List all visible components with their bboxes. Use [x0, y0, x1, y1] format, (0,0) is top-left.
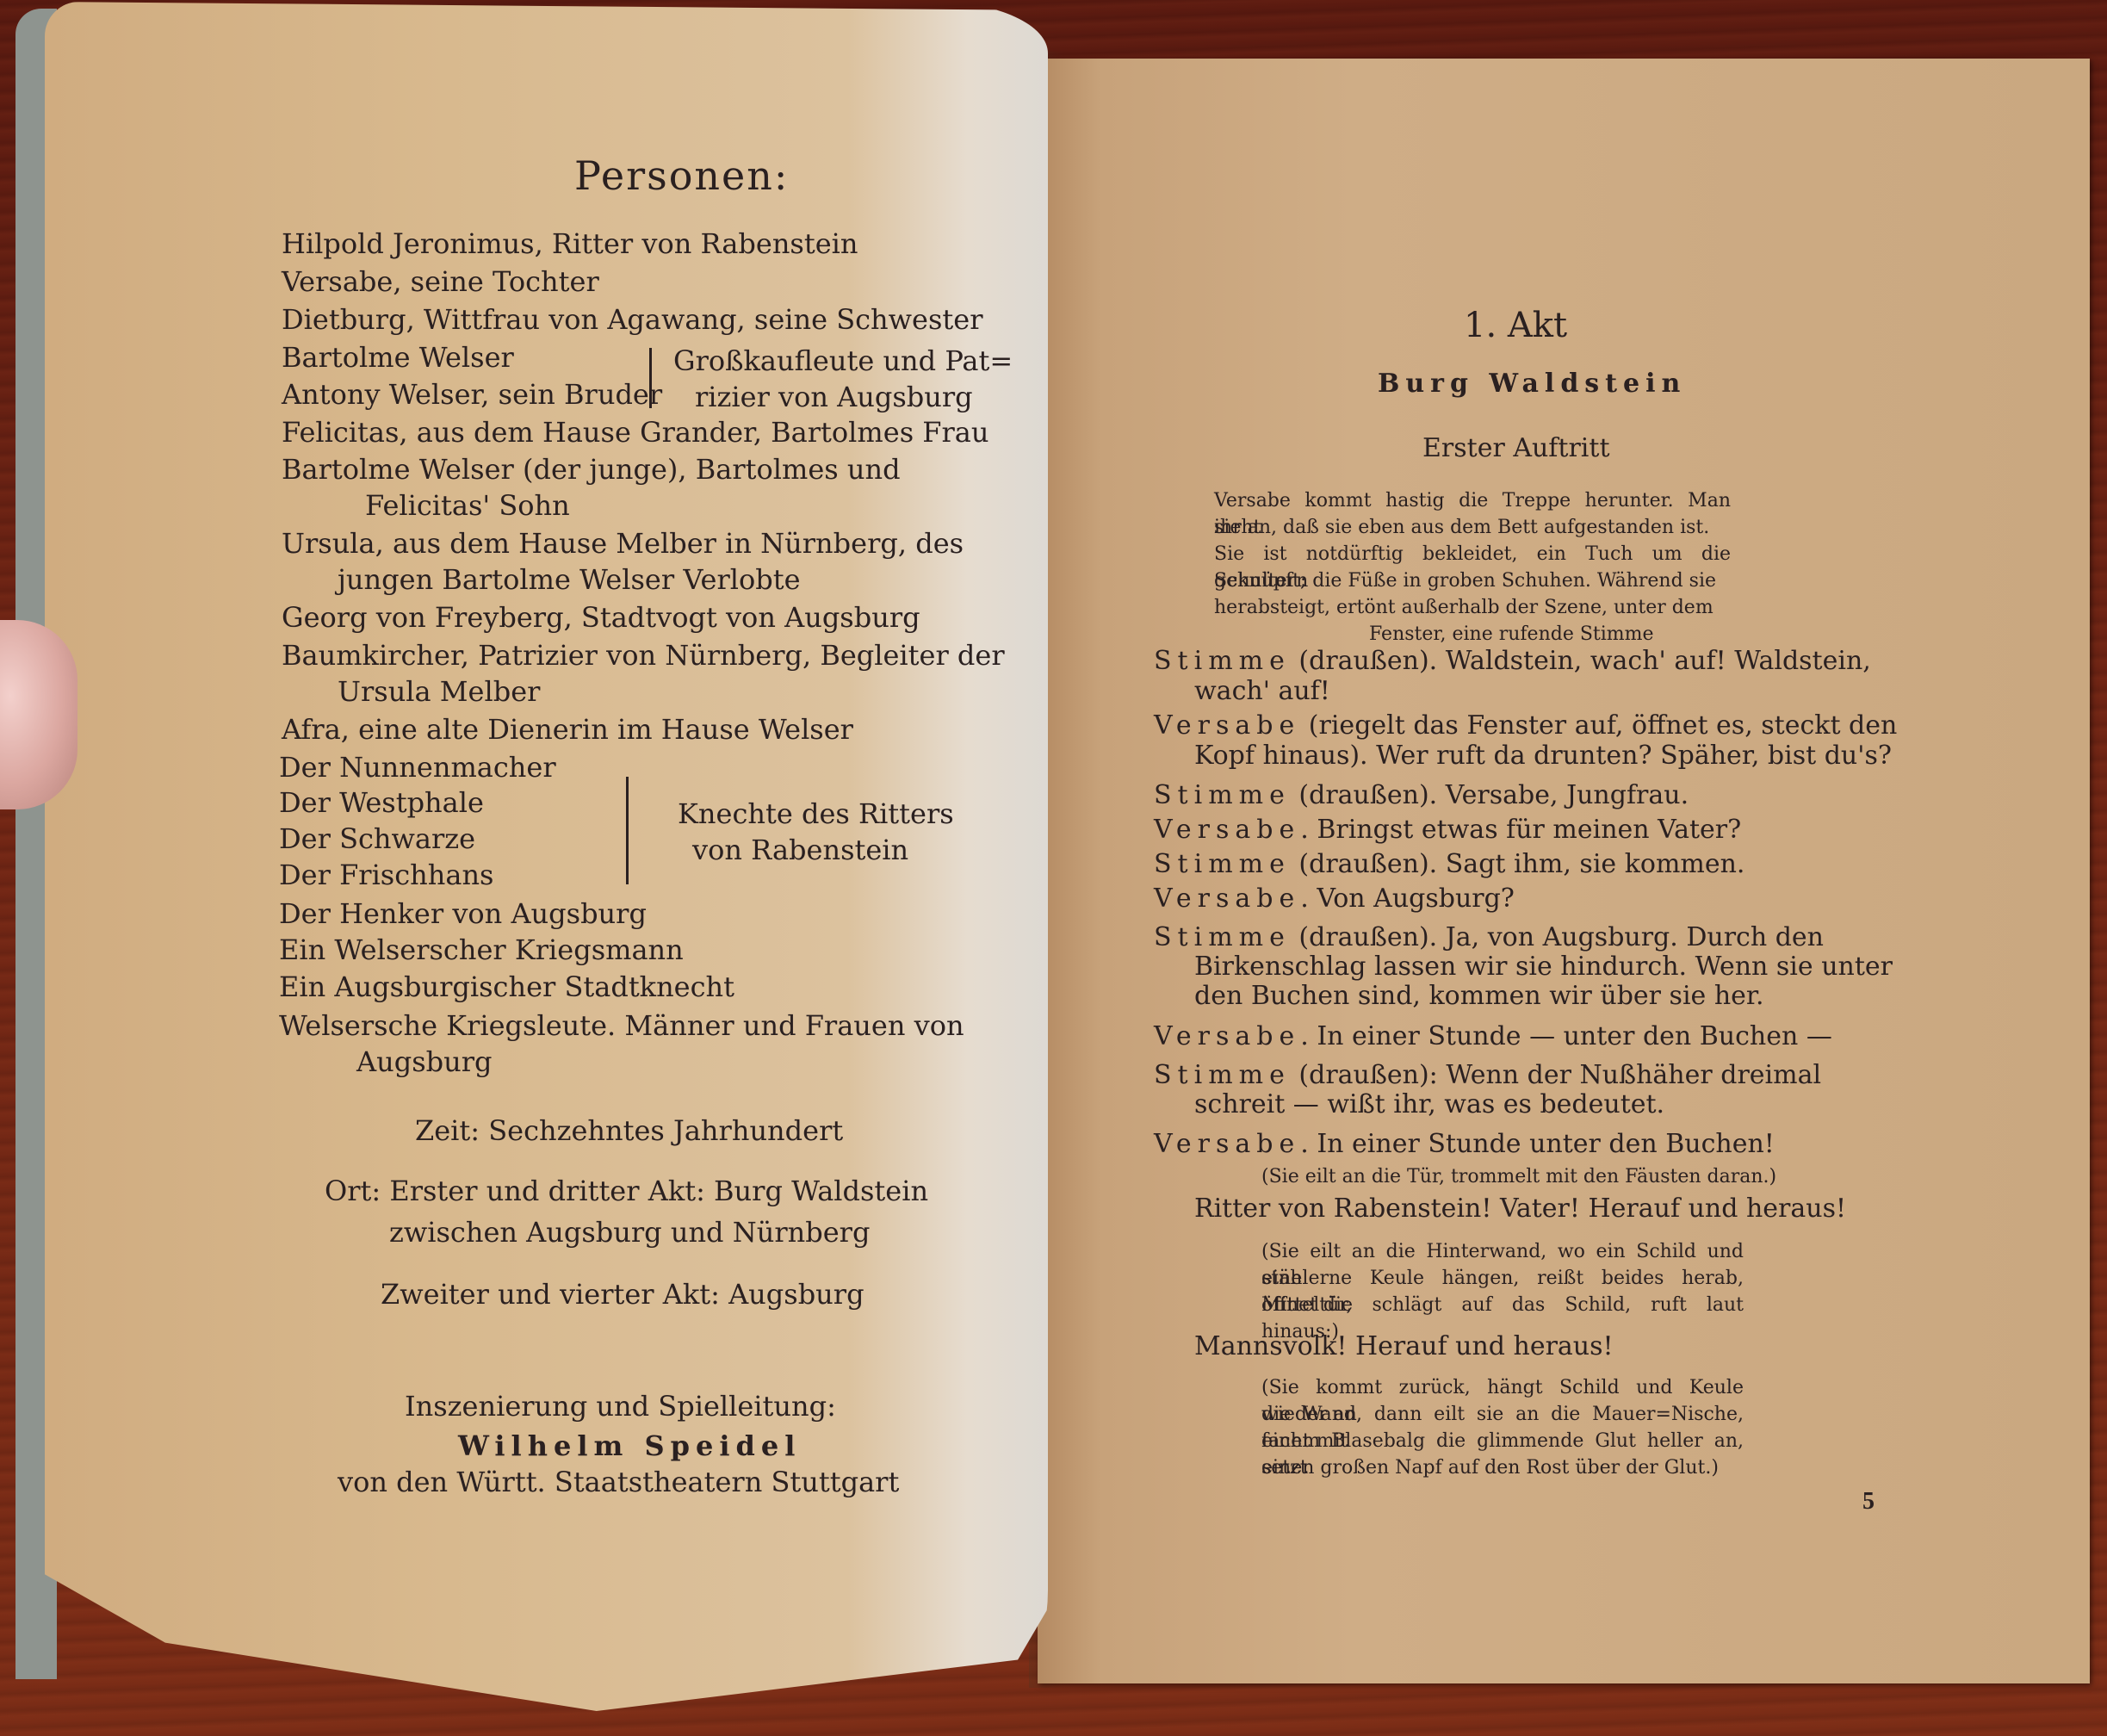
cast-entry: Bartolme Welser (der junge), Bartolmes u…	[282, 453, 901, 486]
cast-entry: Antony Welser, sein Bruder	[282, 378, 662, 411]
cast-entry: Felicitas, aus dem Hause Grander, Bartol…	[282, 416, 988, 449]
cast-entry: jungen Bartolme Welser Verlobte	[338, 563, 801, 596]
cast-entry: Afra, eine alte Dienerin im Hause Welser	[282, 713, 853, 746]
dialogue-line: wach' auf!	[1194, 676, 1330, 706]
dialogue-line: Versabe. Bringst etwas für meinen Vater?	[1154, 815, 1741, 845]
dialogue-line: Stimme (draußen). Waldstein, wach' auf! …	[1154, 646, 1871, 676]
dialogue-line: Versabe. Von Augsburg?	[1154, 883, 1515, 914]
dialogue-line: schreit — wißt ihr, was es bedeutet.	[1194, 1089, 1664, 1119]
cast-entry: Felicitas' Sohn	[365, 489, 570, 522]
setting-heading: Burg Waldstein	[1378, 369, 1686, 399]
cast-entry: Versabe, seine Tochter	[282, 265, 599, 298]
dialogue-line: Stimme (draußen). Ja, von Augsburg. Durc…	[1154, 922, 1824, 952]
cast-entry: Der Henker von Augsburg	[279, 897, 647, 930]
group-note: von Rabenstein	[692, 834, 908, 866]
cast-entry: Georg von Freyberg, Stadtvogt von Augsbu…	[282, 601, 920, 634]
place-setting: Ort: Erster und dritter Akt: Burg Waldst…	[325, 1175, 928, 1207]
cast-entry: Der Frischhans	[279, 859, 493, 891]
cast-entry: Welsersche Kriegsleute. Männer und Fraue…	[279, 1009, 964, 1042]
cast-entry: Baumkircher, Patrizier von Nürnberg, Beg…	[282, 639, 1005, 672]
dialogue-line: Stimme (draußen): Wenn der Nußhäher drei…	[1154, 1060, 1821, 1090]
cast-entry: Ein Welserscher Kriegsmann	[279, 933, 684, 966]
left-page: Personen: Hilpold Jeronimus, Ritter von …	[45, 2, 1048, 1711]
dialogue-line: Stimme (draußen). Versabe, Jungfrau.	[1154, 780, 1689, 810]
page-number: 5	[1862, 1488, 1875, 1516]
dialogue-line: Versabe (riegelt das Fenster auf, öffnet…	[1154, 710, 1897, 741]
director-affiliation: von den Württ. Staatstheatern Stuttgart	[338, 1466, 899, 1498]
stage-direction: (Sie eilt an die Tür, trommelt mit den F…	[1261, 1163, 1776, 1190]
time-setting: Zeit: Sechzehntes Jahrhundert	[415, 1114, 843, 1147]
cast-entry: Der Westphale	[279, 786, 484, 819]
dialogue-line: Versabe. In einer Stunde — unter den Buc…	[1154, 1021, 1832, 1051]
credits-heading: Inszenierung und Spielleitung:	[405, 1390, 836, 1423]
place-setting: zwischen Augsburg und Nürnberg	[389, 1216, 870, 1249]
cast-entry: Dietburg, Wittfrau von Agawang, seine Sc…	[282, 303, 983, 336]
dialogue-line: Stimme (draußen). Sagt ihm, sie kommen.	[1154, 849, 1744, 879]
director-name: Wilhelm Speidel	[458, 1429, 801, 1462]
dialogue-line: Versabe. In einer Stunde unter den Buche…	[1154, 1129, 1775, 1159]
thumb-holding-page	[0, 620, 77, 809]
group-bracket	[649, 348, 652, 408]
dialogue-line: Birkenschlag lassen wir sie hindurch. We…	[1194, 952, 1893, 982]
dialogue-line: Kopf hinaus). Wer ruft da drunten? Spähe…	[1194, 741, 1892, 771]
scene-heading: Erster Auftritt	[1422, 433, 1610, 463]
cast-entry: Ursula Melber	[338, 675, 540, 708]
group-note: Knechte des Ritters	[678, 797, 954, 830]
place-setting: Zweiter und vierter Akt: Augsburg	[381, 1278, 864, 1311]
right-page: 1. Akt Burg Waldstein Erster Auftritt Ve…	[1038, 59, 2090, 1683]
group-note: rizier von Augsburg	[695, 381, 973, 413]
dialogue-line: Mannsvolk! Herauf und heraus!	[1194, 1331, 1614, 1361]
group-note: Großkaufleute und Pat=	[673, 344, 1013, 377]
cast-entry: Der Schwarze	[279, 822, 475, 855]
dialogue-line: den Buchen sind, kommen wir über sie her…	[1194, 981, 1764, 1011]
dialogue-line: Ritter von Rabenstein! Vater! Herauf und…	[1194, 1193, 1846, 1224]
cast-entry: Der Nunnenmacher	[279, 751, 556, 784]
cast-entry: Augsburg	[356, 1045, 493, 1078]
group-bracket	[626, 777, 629, 884]
cast-entry: Ein Augsburgischer Stadtknecht	[279, 970, 734, 1003]
cast-entry: Hilpold Jeronimus, Ritter von Rabenstein	[282, 227, 858, 260]
stage-direction: einen großen Napf auf den Rost über der …	[1261, 1454, 1744, 1481]
cast-list-title: Personen:	[574, 152, 789, 199]
cast-entry: Bartolme Welser	[282, 341, 514, 374]
cast-entry: Ursula, aus dem Hause Melber in Nürnberg…	[282, 527, 964, 560]
act-heading: 1. Akt	[1464, 306, 1567, 345]
